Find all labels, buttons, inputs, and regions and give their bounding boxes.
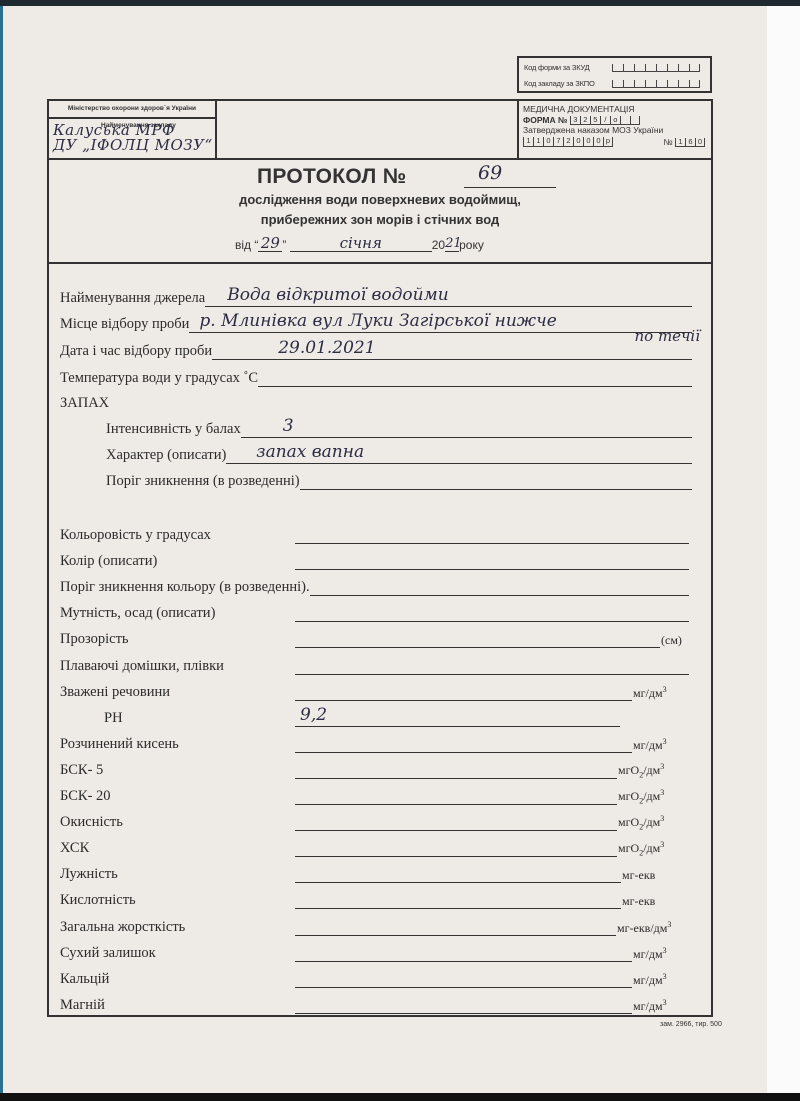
field-label: Дата і час відбору проби	[60, 343, 212, 360]
cell: 1	[523, 137, 533, 148]
field-input-acidity[interactable]	[295, 891, 621, 909]
zkud-cells	[612, 64, 700, 72]
cell: 3	[570, 116, 580, 125]
cell: 6	[685, 138, 695, 147]
protocol-number[interactable]: 69	[464, 162, 556, 188]
field-unit: мг-екв	[621, 894, 655, 909]
field-input-alkalinity[interactable]	[295, 865, 621, 883]
field-row-colority: Кольоровість у градусах	[60, 524, 689, 544]
med-doc-cell: МЕДИЧНА ДОКУМЕНТАЦІЯ ФОРМА № 325/о Затве…	[519, 101, 711, 158]
cell: 2	[563, 137, 573, 148]
zkud-row: Код форми за ЗКУД	[524, 63, 700, 72]
med-doc-title: МЕДИЧНА ДОКУМЕНТАЦІЯ	[523, 104, 711, 115]
field-row-cod: ХСКмгО2/дм3	[60, 837, 664, 857]
field-unit: (см)	[660, 633, 682, 648]
field-input-smell-threshold[interactable]	[300, 472, 692, 490]
field-row-acidity: Кислотністьмг-екв	[60, 889, 655, 909]
field-input-temperature[interactable]	[258, 369, 692, 387]
field-unit: мг/дм3	[632, 972, 667, 988]
field-row-floating: Плаваючі домішки, плівки	[60, 655, 689, 675]
field-label: Місце відбору проби	[60, 316, 189, 333]
field-row-smell-header: ЗАПАХ	[60, 392, 109, 412]
field-unit: мг/дм3	[632, 946, 667, 962]
field-row-smell-threshold: Поріг зникнення (в розведенні)	[106, 470, 692, 490]
field-input-intensity[interactable]: 3	[241, 420, 692, 438]
field-unit: мг/дм3	[632, 685, 667, 701]
field-value: 29.01.2021	[278, 339, 375, 358]
cell: /	[600, 116, 610, 125]
zkpo-label: Код закладу за ЗКПО	[524, 79, 612, 88]
field-row-magnesium: Магніймг/дм3	[60, 994, 667, 1014]
number-group: № 160	[664, 137, 706, 148]
field-row-source: Найменування джерелаВода відкритої водой…	[60, 287, 692, 307]
cell: 0	[695, 138, 705, 147]
approved-text: Затверджена наказом МОЗ України	[523, 125, 711, 136]
date-year-word: року	[459, 238, 484, 252]
field-label: Інтенсивність у балах	[106, 421, 241, 438]
field-label: Поріг зникнення (в розведенні)	[106, 473, 300, 490]
field-input-oxygen[interactable]	[295, 735, 632, 753]
number-label: №	[664, 137, 673, 147]
field-unit: мгО2/дм3	[617, 840, 664, 857]
cell: 0	[593, 137, 603, 148]
field-row-transparency: Прозорість(см)	[60, 628, 682, 648]
field-row-oxidability: ОкисністьмгО2/дм3	[60, 811, 664, 831]
field-label: Поріг зникнення кольору (в розведенні).	[60, 579, 310, 596]
cell: р	[603, 137, 613, 148]
field-row-color: Колір (описати)	[60, 550, 689, 570]
field-label: Характер (описати)	[106, 447, 226, 464]
field-unit: мгО2/дм3	[617, 788, 664, 805]
field-label: Колір (описати)	[60, 553, 157, 570]
scan-edge-bottom	[0, 1093, 800, 1101]
field-row-ph: PH9,2	[104, 707, 620, 727]
field-label: Зважені речовини	[60, 684, 170, 701]
field-row-oxygen: Розчинений кисеньмг/дм3	[60, 733, 667, 753]
field-label: Розчинений кисень	[60, 736, 179, 753]
field-value: 3	[283, 417, 294, 436]
registration-row: 11072000р № 160	[523, 137, 711, 148]
field-input-transparency[interactable]	[295, 630, 660, 648]
date-from-label: від	[235, 238, 251, 252]
field-input-colority[interactable]	[295, 526, 689, 544]
field-input-suspended[interactable]	[295, 683, 632, 701]
header-blank-cell	[217, 101, 519, 158]
field-row-color-threshold: Поріг зникнення кольору (в розведенні).	[60, 576, 689, 596]
date-day[interactable]: 29	[258, 236, 282, 252]
field-unit: мг/дм3	[632, 737, 667, 753]
institution-cell: Міністерство охорони здоров`я України На…	[49, 101, 217, 158]
protocol-subtitle-2: прибережних зон морів і стічних вод	[49, 212, 711, 227]
field-row-turbidity: Мутність, осад (описати)	[60, 602, 689, 622]
field-label: Окисність	[60, 814, 123, 831]
field-label: Кальцій	[60, 971, 109, 988]
scan-margin-right	[767, 6, 800, 1093]
field-input-dry-residue[interactable]	[295, 944, 632, 962]
form-label: ФОРМА №	[523, 115, 567, 125]
field-input-floating[interactable]	[295, 657, 689, 675]
field-input-turbidity[interactable]	[295, 604, 689, 622]
field-row-alkalinity: Лужністьмг-екв	[60, 863, 655, 883]
field-label: ЗАПАХ	[60, 395, 109, 412]
registration-cells: 11072000р	[523, 137, 613, 148]
cell: 0	[573, 137, 583, 148]
print-info: зам. 2966, тир. 500	[660, 1021, 722, 1028]
field-input-bod5[interactable]	[295, 761, 617, 779]
field-input-magnesium[interactable]	[295, 996, 632, 1014]
field-input-color-threshold[interactable]	[310, 578, 689, 596]
field-label: Лужність	[60, 866, 118, 883]
field-input-cod[interactable]	[295, 839, 617, 857]
field-label: БСК- 5	[60, 762, 103, 779]
protocol-title: ПРОТОКОЛ №	[257, 165, 406, 189]
field-input-datetime[interactable]: 29.01.2021	[212, 342, 692, 360]
cell: о	[610, 116, 620, 125]
field-row-place: Місце відбору пробир. Млинівка вул Луки …	[60, 313, 692, 333]
field-value: Вода відкритої водойми	[227, 286, 448, 305]
field-label: Сухий залишок	[60, 945, 156, 962]
field-row-dry-residue: Сухий залишокмг/дм3	[60, 942, 667, 962]
title-box: ПРОТОКОЛ № 69 дослідження води поверхнев…	[49, 158, 711, 264]
zkpo-cells	[612, 80, 700, 88]
field-input-character[interactable]: запах вапна	[226, 446, 692, 464]
field-input-hardness[interactable]	[295, 918, 616, 936]
field-input-oxidability[interactable]	[295, 813, 617, 831]
field-input-bod20[interactable]	[295, 787, 617, 805]
field-row-character: Характер (описати)запах вапна	[106, 444, 692, 464]
ministry-name: Міністерство охорони здоров`я України	[49, 101, 215, 119]
field-unit: мгО2/дм3	[617, 814, 664, 831]
field-row-bod5: БСК- 5мгО2/дм3	[60, 759, 664, 779]
field-label: Плаваючі домішки, плівки	[60, 658, 224, 675]
field-row-suspended: Зважені речовинимг/дм3	[60, 681, 667, 701]
number-cells: 160	[675, 138, 705, 147]
field-input-source[interactable]: Вода відкритої водойми	[205, 289, 692, 307]
protocol-subtitle-1: дослідження води поверхневих водоймищ,	[49, 192, 711, 207]
field-value: 9,2	[300, 706, 327, 725]
zkpo-row: Код закладу за ЗКПО	[524, 79, 700, 88]
field-value: запах вапна	[256, 443, 364, 462]
field-row-bod20: БСК- 20мгО2/дм3	[60, 785, 664, 805]
zkud-label: Код форми за ЗКУД	[524, 63, 612, 72]
cell	[630, 116, 640, 125]
field-label: Кислотність	[60, 892, 136, 909]
scan-edge-top	[0, 0, 800, 6]
field-unit: мг/дм3	[632, 998, 667, 1014]
institution-line-2: ДУ „ІФОЛЦ МОЗУ“	[53, 138, 223, 153]
field-label: Прозорість	[60, 631, 129, 648]
field-value: р. Млинівка вул Луки Загірської нижче	[199, 312, 556, 331]
cell: 7	[553, 137, 563, 148]
field-label: Температура води у градусах ˚С	[60, 370, 258, 387]
date-year-suffix[interactable]: 21	[445, 236, 459, 252]
field-row-temperature: Температура води у градусах ˚С	[60, 367, 692, 387]
field-input-ph[interactable]: 9,2	[295, 709, 620, 727]
institution-name: Калуська МРФ ДУ „ІФОЛЦ МОЗУ“	[53, 123, 223, 153]
field-input-calcium[interactable]	[295, 970, 632, 988]
code-box: Код форми за ЗКУД Код закладу за ЗКПО	[517, 56, 712, 93]
field-unit: мг-екв/дм3	[616, 920, 671, 936]
field-label: ХСК	[60, 840, 89, 857]
cell: 0	[583, 137, 593, 148]
field-label: БСК- 20	[60, 788, 111, 805]
date-month[interactable]: січня	[290, 236, 432, 252]
field-label: PH	[104, 710, 123, 727]
field-row-datetime: Дата і час відбору проби29.01.2021	[60, 340, 692, 360]
field-row-hardness: Загальна жорсткістьмг-екв/дм3	[60, 916, 671, 936]
field-row-calcium: Кальціймг/дм3	[60, 968, 667, 988]
cell: 5	[590, 116, 600, 125]
form-number-cells: 325/о	[570, 116, 640, 125]
cell: 1	[675, 138, 685, 147]
date-year-prefix: 20	[432, 238, 445, 252]
cell: 2	[580, 116, 590, 125]
protocol-date: від “29” січня 2021року	[235, 236, 484, 252]
field-label: Магній	[60, 997, 105, 1014]
field-row-intensity: Інтенсивність у балах3	[106, 418, 692, 438]
field-label: Загальна жорсткість	[60, 919, 185, 936]
field-label: Мутність, осад (описати)	[60, 605, 215, 622]
field-label: Найменування джерела	[60, 290, 205, 307]
field-label: Кольоровість у градусах	[60, 527, 211, 544]
field-unit: мг-екв	[621, 868, 655, 883]
form-number-row: ФОРМА № 325/о	[523, 115, 711, 126]
cell: 0	[543, 137, 553, 148]
cell: 1	[533, 137, 543, 148]
field-unit: мгО2/дм3	[617, 762, 664, 779]
field-input-place[interactable]: р. Млинівка вул Луки Загірської нижчепо …	[189, 315, 692, 333]
field-input-color[interactable]	[295, 552, 689, 570]
cell	[620, 116, 630, 125]
